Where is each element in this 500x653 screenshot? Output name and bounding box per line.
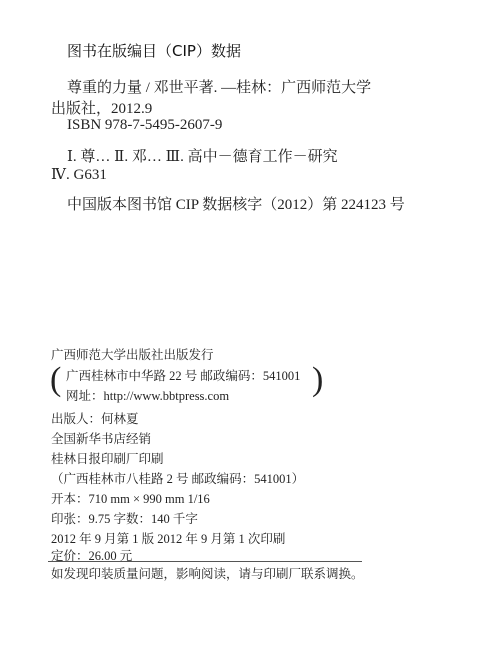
- horizontal-divider: [48, 561, 362, 562]
- cip-isbn-line: ISBN 978-7-5495-2607-9: [67, 117, 222, 134]
- printer-line: 桂林日报印刷厂印刷: [51, 449, 164, 467]
- sheets-words-line: 印张：9.75 字数：140 千字: [51, 509, 198, 527]
- right-parenthesis: ): [312, 363, 323, 397]
- publisher-website-line: 网址：http://www.bbtpress.com: [66, 386, 229, 404]
- distributor-line: 全国新华书店经销: [51, 429, 151, 447]
- cip-record-number-line: 中国版本图书馆 CIP 数据核字（2012）第 224123 号: [67, 193, 405, 214]
- cip-publisher-date-line: 出版社，2012.9: [51, 97, 152, 118]
- cip-heading: 图书在版编目（CIP）数据: [67, 40, 241, 61]
- cip-subject-line: Ⅰ. 尊… Ⅱ. 邓… Ⅲ. 高中－德育工作－研究: [67, 145, 338, 166]
- publisher-line: 广西师范大学出版社出版发行: [51, 345, 214, 363]
- publisher-address-line: 广西桂林市中华路 22 号 邮政编码：541001: [66, 366, 300, 384]
- left-parenthesis: (: [50, 363, 61, 397]
- edition-line: 2012 年 9 月第 1 版 2012 年 9 月第 1 次印刷: [51, 529, 285, 547]
- cip-classification-line: Ⅳ. G631: [51, 165, 107, 184]
- cip-title-author-line: 尊重的力量 / 邓世平著. —桂林：广西师范大学: [67, 76, 371, 97]
- publisher-person-line: 出版人：何林夏: [51, 409, 139, 427]
- quality-notice-line: 如发现印装质量问题，影响阅读，请与印刷厂联系调换。: [51, 564, 364, 582]
- printer-address-line: （广西桂林市八桂路 2 号 邮政编码：541001）: [51, 469, 304, 487]
- format-line: 开本：710 mm × 990 mm 1/16: [51, 489, 210, 507]
